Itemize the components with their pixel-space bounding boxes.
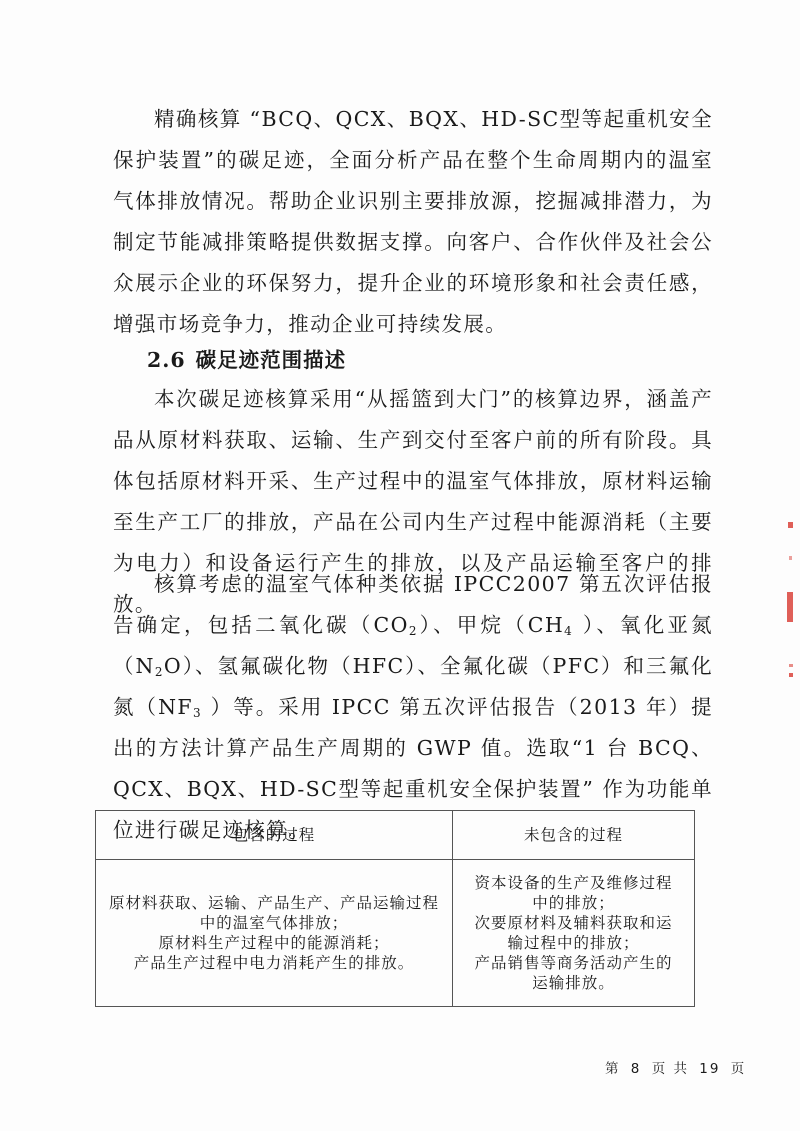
- section-title: 碳足迹范围描述: [196, 348, 347, 372]
- ghg-paragraph: 核算考虑的温室气体种类依据 IPCC2007 第五次评估报告确定，包括二氧化碳（…: [113, 564, 713, 851]
- co2-subscript: 2: [409, 624, 418, 638]
- excluded-cell: 资本设备的生产及维修过程中的排放； 次要原材料及辅料获取和运输过程中的排放； 产…: [453, 860, 695, 1007]
- section-number: 2.6: [147, 348, 186, 372]
- n2o-subscript: 2: [155, 665, 164, 679]
- footer-suffix: 页: [731, 1061, 747, 1077]
- header-included: 包含的过程: [96, 811, 453, 860]
- nf3-subscript: 3: [193, 706, 202, 720]
- included-item: 原材料获取、运输、产品生产、产品运输过程中的温室气体排放；: [106, 893, 442, 933]
- included-cell: 原材料获取、运输、产品生产、产品运输过程中的温室气体排放； 原材料生产过程中的能…: [96, 860, 453, 1007]
- footer-middle: 页 共: [652, 1061, 689, 1077]
- seal-fragment-icon: [789, 556, 792, 560]
- table-header-row: 包含的过程 未包含的过程: [96, 811, 695, 860]
- included-item: 原材料生产过程中的能源消耗；: [106, 933, 442, 953]
- document-page: 精确核算 “BCQ、QCX、BQX、HD-SC型等起重机安全保护装置”的碳足迹，…: [0, 0, 800, 1131]
- seal-fragment-icon: [788, 522, 793, 528]
- included-item: 产品生产过程中电力消耗产生的排放。: [106, 953, 442, 973]
- ghg-text-2: ）、甲烷（CH: [418, 613, 564, 637]
- seal-fragment-icon: [789, 673, 793, 677]
- ch4-subscript: 4: [564, 624, 573, 638]
- excluded-item: 产品销售等商务活动产生的运输排放。: [471, 953, 676, 993]
- seal-fragment-icon: [789, 664, 793, 667]
- current-page-number: 8: [631, 1061, 642, 1077]
- page-footer: 第 8 页 共 19 页: [605, 1057, 750, 1077]
- footer-prefix: 第: [605, 1061, 621, 1077]
- total-pages-number: 19: [699, 1061, 720, 1077]
- scope-table: 包含的过程 未包含的过程 原材料获取、运输、产品生产、产品运输过程中的温室气体排…: [95, 810, 695, 1007]
- excluded-item: 资本设备的生产及维修过程中的排放；: [471, 873, 676, 913]
- excluded-item: 次要原材料及辅料获取和运输过程中的排放；: [471, 913, 676, 953]
- section-heading: 2.6碳足迹范围描述: [147, 343, 346, 373]
- table-row: 原材料获取、运输、产品生产、产品运输过程中的温室气体排放； 原材料生产过程中的能…: [96, 860, 695, 1007]
- intro-paragraph: 精确核算 “BCQ、QCX、BQX、HD-SC型等起重机安全保护装置”的碳足迹，…: [113, 99, 713, 345]
- header-excluded: 未包含的过程: [453, 811, 695, 860]
- seal-fragment-icon: [787, 592, 793, 622]
